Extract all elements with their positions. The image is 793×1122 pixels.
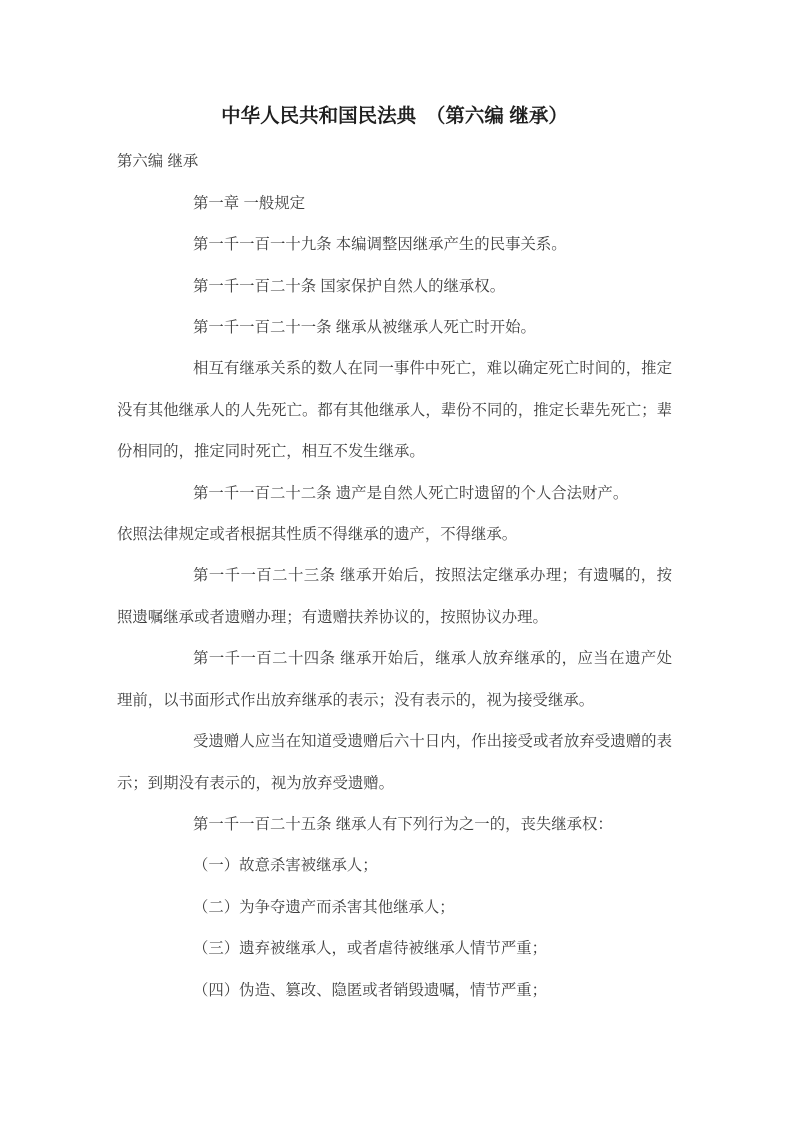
article-1120: 第一千一百二十条 国家保护自然人的继承权。 (117, 266, 672, 307)
article-1124-para-2: 受遗赠人应当在知道受遗赠后六十日内，作出接受或者放弃受遗赠的表示；到期没有表示的… (117, 721, 672, 804)
article-1122: 第一千一百二十二条 遗产是自然人死亡时遗留的个人合法财产。 (117, 473, 672, 514)
part-heading: 第六编 继承 (117, 141, 672, 182)
article-1125-item-4: （四）伪造、篡改、隐匿或者销毁遗嘱，情节严重； (117, 970, 672, 1011)
article-1124: 第一千一百二十四条 继承开始后，继承人放弃继承的，应当在遗产处理前，以书面形式作… (117, 638, 672, 721)
document-body: 第六编 继承第一章 一般规定第一千一百一十九条 本编调整因继承产生的民事关系。第… (117, 141, 672, 1011)
article-1122-para-2: 依照法律规定或者根据其性质不得继承的遗产，不得继承。 (117, 514, 672, 555)
article-1125-item-1: （一）故意杀害被继承人； (117, 845, 672, 886)
document-title: 中华人民共和国民法典 （第六编 继承） (117, 96, 672, 137)
article-1123: 第一千一百二十三条 继承开始后，按照法定继承办理；有遗嘱的，按照遗嘱继承或者遗赠… (117, 555, 672, 638)
article-1125-item-2: （二）为争夺遗产而杀害其他继承人； (117, 887, 672, 928)
article-1125: 第一千一百二十五条 继承人有下列行为之一的，丧失继承权： (117, 804, 672, 845)
article-1125-item-3: （三）遗弃被继承人，或者虐待被继承人情节严重； (117, 928, 672, 969)
chapter-heading: 第一章 一般规定 (117, 183, 672, 224)
article-1119: 第一千一百一十九条 本编调整因继承产生的民事关系。 (117, 224, 672, 265)
article-1121: 第一千一百二十一条 继承从被继承人死亡时开始。 (117, 307, 672, 348)
article-1121-para-2: 相互有继承关系的数人在同一事件中死亡，难以确定死亡时间的，推定没有其他继承人的人… (117, 348, 672, 472)
document-page: 中华人民共和国民法典 （第六编 继承） 第六编 继承第一章 一般规定第一千一百一… (0, 0, 793, 1122)
